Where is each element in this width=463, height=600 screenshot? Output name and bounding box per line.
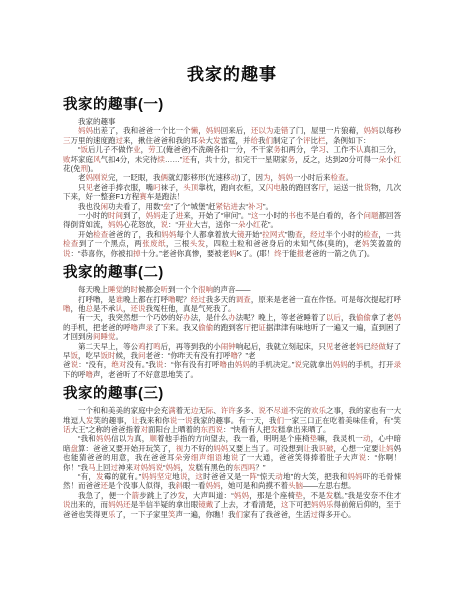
red-text: 录	[146, 323, 154, 332]
red-text: 认	[356, 145, 364, 154]
red-text: 习	[318, 145, 326, 154]
paragraph: 爸说：“没有，绝对没有。”我说：“你有没有打呼噜由妈妈的手机决定。”说完就拿出妈…	[63, 360, 401, 379]
red-text: 妈妈	[206, 481, 221, 490]
red-text: 噜	[86, 370, 94, 379]
red-text: 际	[206, 406, 214, 415]
red-text: 细声细语	[191, 453, 223, 462]
red-text: 间睡觉	[93, 332, 116, 341]
red-text: 见	[86, 183, 94, 192]
red-text: 报	[297, 249, 305, 258]
red-text: 东西说	[201, 425, 224, 434]
paragraph: 开始检查爸爸的了，我和妈妈每个人都拿着放大镜开始“拉网式”勘查，经过半个小时的检…	[63, 230, 401, 258]
section-heading: 我家的趣事(二)	[63, 261, 401, 282]
red-text: 笑	[168, 510, 176, 519]
red-text: 这	[251, 211, 259, 220]
red-text: 妈妈	[364, 126, 379, 135]
red-text: 闪电	[266, 183, 281, 192]
red-text: 镜戴	[198, 500, 213, 509]
red-text: 终	[274, 249, 282, 258]
red-text: 朵	[379, 155, 387, 164]
red-text: 问	[138, 351, 146, 360]
red-text: 动	[275, 472, 283, 481]
red-text: 错	[281, 126, 289, 135]
red-text: 检查	[331, 173, 346, 182]
red-text: 过	[116, 136, 124, 145]
section-heading: 我家的趣事(三)	[63, 382, 401, 403]
red-text: 们	[277, 416, 285, 425]
red-text: 败	[63, 155, 71, 164]
red-text: 经过	[191, 295, 206, 304]
red-text: 说	[71, 360, 79, 369]
red-text: 发	[178, 491, 186, 500]
red-text: 镜	[237, 230, 245, 239]
red-text: 对	[141, 425, 149, 434]
red-text: 噜	[231, 351, 239, 360]
red-text: 问题	[364, 211, 379, 220]
red-text: 对妈妈说	[133, 463, 163, 472]
red-text: 懒	[191, 126, 199, 135]
red-text: 噜	[131, 323, 139, 332]
red-text: 经过	[310, 230, 325, 239]
red-text: 这	[281, 500, 289, 509]
red-text: 斜	[176, 481, 184, 490]
red-text: 红	[394, 155, 402, 164]
red-text: 妈妈	[347, 472, 362, 481]
red-text: 让妈	[379, 444, 394, 453]
red-text: 头顶	[183, 183, 198, 192]
red-text: 检查	[63, 239, 79, 248]
red-text: 满	[168, 406, 176, 415]
red-text: 发	[96, 472, 104, 481]
red-text: 评	[303, 136, 311, 145]
red-text: 妈妈	[213, 444, 228, 453]
red-text: 检查	[93, 230, 108, 239]
red-text: 发	[213, 136, 221, 145]
paragraph: 我急了，便一个箭步跳上了沙发，大声叫道：“妈妈，那是个座椅垫，不是发糕。”我是安…	[63, 491, 401, 519]
section-subtitle: 我家的趣事	[63, 117, 401, 126]
red-text: 马	[88, 463, 96, 472]
red-text: 还以为	[251, 126, 274, 135]
red-text: 乐	[108, 510, 116, 519]
red-text: 话	[63, 425, 71, 434]
red-text: 东西吗	[233, 463, 256, 472]
red-text: 调查	[236, 295, 251, 304]
red-text: 检查	[363, 230, 378, 239]
red-text: 妈妈	[206, 126, 221, 135]
red-text: 这	[195, 472, 203, 481]
red-text: 识破	[318, 444, 333, 453]
red-text: 还说	[131, 304, 146, 313]
paragraph: “有，发霉的就有。”妈妈坚定地说，这时爸爸又是一阵“惊天动地”的大笑，把我和妈妈…	[63, 472, 401, 491]
document-page: 我家的趣事 我家的趣事(一)我家的趣事妈妈出差了，我和爸爸一个比一个懒，妈妈回来…	[0, 0, 463, 600]
paragraph: “饭后儿子不做作业，劳工(俺爸爸)不洗碗各扣一分，不干家务扣两分，学习、工作不认…	[63, 145, 401, 173]
red-text: 鸡	[138, 342, 146, 351]
red-text: 噜	[219, 360, 227, 369]
red-text: 视	[176, 444, 184, 453]
paragraph: 妈妈出差了，我和爸爸一个比一个懒，妈妈回来后，还以为走错了门，屋里一片狼藉，妈妈…	[63, 126, 401, 145]
red-text: 许许	[221, 406, 236, 415]
red-text: 总	[86, 304, 94, 313]
red-text: 绝对	[111, 360, 126, 369]
red-text: 动	[363, 434, 371, 443]
red-text: 说	[156, 360, 164, 369]
paragraph: 只见老爸手捧衣服，嘴叼袜子，头顶靠枕，跑向衣柜，又闪电般的跑回客厅，运送一批货物…	[63, 183, 401, 202]
red-text: 饭	[71, 351, 79, 360]
red-text: 顺	[149, 434, 157, 443]
red-text: 书	[288, 211, 296, 220]
red-text: 偷偷	[356, 313, 371, 322]
red-text: 很响	[198, 285, 213, 294]
section-heading: 我家的趣事(一)	[63, 93, 401, 114]
red-text: 垫	[310, 434, 318, 443]
paragraph: 一个和和美美的家庭中会充满着无边无际、许许多多、说不尽道不完的欢乐之事，我的家也…	[63, 406, 401, 434]
red-text: 说	[294, 360, 302, 369]
red-text: 妈妈	[146, 211, 161, 220]
red-text: 说	[161, 220, 169, 229]
red-text: 发	[271, 425, 279, 434]
paragraph: 每天晚上睡觉的时候都会听到一个个很响的声音——	[63, 285, 401, 294]
red-text: 张废纸	[142, 239, 166, 248]
red-text: 还	[101, 481, 109, 490]
red-text: 业	[186, 220, 194, 229]
red-text: 查	[295, 230, 303, 239]
red-text: 厅	[318, 183, 326, 192]
paragraph: 老妈刚说完，一眨眼，我俩就幻影移形(光速移动)了，因为，妈妈一小时后来检查。	[63, 173, 401, 182]
red-text: 过	[111, 463, 119, 472]
red-text: 饭	[81, 145, 89, 154]
red-text: 妈妈	[96, 434, 111, 443]
red-text: 妈刚说	[86, 173, 109, 182]
paragraph: 第二天早上，等公鸡打鸣后，再等到我的小闹钟响起后，我就立刻起床，只见老爸老妈已经…	[63, 342, 401, 361]
red-text: 证	[258, 323, 266, 332]
red-text: 妈	[356, 342, 364, 351]
red-text: 以后	[326, 313, 341, 322]
red-text: 箭	[132, 491, 140, 500]
paragraph: 一小时的时间到了，妈妈走了进来，开始了“审问”。“这一小时的书也不是白看的，各个…	[63, 211, 401, 230]
red-text: 妈妈	[161, 230, 176, 239]
red-text: 妈妈还	[108, 500, 131, 509]
red-text: 妈	[362, 239, 370, 248]
red-text: 厅	[243, 323, 251, 332]
red-text: 们	[236, 510, 244, 519]
red-text: 时间	[108, 211, 123, 220]
red-text: 睡觉	[108, 285, 123, 294]
red-text: 阵	[249, 472, 257, 481]
red-text: 给	[251, 136, 259, 145]
red-text: 说	[258, 406, 266, 415]
red-text: 说	[170, 416, 178, 425]
red-text: 续	[157, 155, 165, 164]
red-text: 妈妈	[78, 126, 93, 135]
red-text: 尽道	[273, 406, 288, 415]
red-text: 妈妈	[333, 360, 348, 369]
red-text: 赛	[139, 192, 147, 201]
red-text: 妈妈	[278, 173, 293, 182]
red-text: 头发	[190, 239, 206, 248]
red-text: 妈	[229, 249, 237, 258]
red-text: 叼	[153, 183, 161, 192]
red-text: 欢乐	[311, 406, 326, 415]
red-text: 经做	[371, 342, 386, 351]
red-text: 紧钻进	[216, 202, 239, 211]
red-text: 偷偷	[198, 323, 213, 332]
red-text: 头脑	[288, 481, 303, 490]
red-text: 发	[188, 463, 196, 472]
red-text: 妈妈坚定	[141, 472, 172, 481]
red-text: 让	[132, 416, 140, 425]
red-text: 垒	[163, 202, 171, 211]
red-text: 朵	[238, 220, 246, 229]
red-text: 补习	[248, 202, 263, 211]
red-text: 务	[288, 155, 296, 164]
red-text: 录	[394, 360, 402, 369]
red-text: 朵	[175, 453, 183, 462]
red-text: 说	[359, 453, 367, 462]
red-text: 妈妈	[234, 491, 249, 500]
red-text: 说	[63, 249, 71, 258]
red-text: 闹钟	[221, 342, 236, 351]
red-text: 为	[263, 173, 271, 182]
red-text: 进	[176, 211, 184, 220]
red-text: 劳	[148, 145, 156, 154]
paragraph: 我也没闲功夫看了，用数“垒”了个“城堡”赶紧钻进去“补习”。	[63, 202, 401, 211]
paragraph: 有一天，我突然想一个巧妙的好办法，是什么办法呢？晚上，等老爸睡着了以后，我偷偷拿…	[63, 313, 401, 341]
red-text: 俩	[161, 173, 169, 182]
red-text: 务	[273, 145, 281, 154]
paragraph: 打呼噜，是谁晚上都在打呼噜呢？经过我多天的调查，原来是老爸一直在作怪。可是每次提…	[63, 295, 401, 314]
red-text: 办	[183, 313, 191, 322]
red-text: 饭时	[101, 351, 116, 360]
red-text: 认	[116, 304, 124, 313]
red-text: 红	[253, 220, 261, 229]
red-text: 业	[133, 145, 141, 154]
document-body: 我家的趣事(一)我家的趣事妈妈出差了，我和爸爸一个比一个懒，妈妈回来后，还以为走…	[63, 93, 401, 519]
red-text: 让	[303, 444, 311, 453]
red-text: 说	[63, 500, 71, 509]
red-text: 谁	[116, 295, 124, 304]
red-text: 说	[185, 416, 193, 425]
red-text: 办	[228, 313, 236, 322]
paragraph: “我和妈妈信以为真，顺着他手指的方向望去，我一看，明明是个座椅垫嘛，我灵机一动，…	[63, 434, 401, 472]
page: { "document": { "title": "我家的趣事", "secti…	[0, 0, 463, 600]
red-text: 刑	[81, 164, 89, 173]
red-text: 鸣	[153, 342, 161, 351]
red-text: 掉	[133, 249, 141, 258]
red-text: 边	[191, 406, 199, 415]
red-text: 们	[266, 136, 274, 145]
red-text: 拉网式	[262, 230, 285, 239]
red-text: 为	[126, 434, 134, 443]
red-text: 货	[364, 183, 372, 192]
red-text: 时	[131, 285, 139, 294]
red-text: 妈妈	[235, 360, 250, 369]
red-text: 还	[182, 155, 190, 164]
red-text: 动	[231, 173, 239, 182]
red-text: 妈妈	[108, 220, 123, 229]
red-text: 朵	[198, 136, 206, 145]
red-text: 说	[231, 453, 239, 462]
red-text: 发	[86, 416, 94, 425]
red-text: 妈	[394, 313, 402, 322]
red-text: 发	[326, 491, 334, 500]
red-text: 过	[311, 510, 319, 519]
red-text: 垫	[295, 491, 303, 500]
red-text: 噜	[63, 304, 71, 313]
red-text: 盘	[71, 444, 79, 453]
red-text: 闲	[101, 202, 109, 211]
red-text: 噜	[168, 295, 176, 304]
red-text: 见	[326, 342, 334, 351]
red-text: 三	[63, 136, 71, 145]
red-text: 妈妈乐	[311, 500, 334, 509]
page-title: 我家的趣事	[63, 60, 401, 85]
red-text: 风	[93, 155, 101, 164]
red-text: 说	[180, 472, 188, 481]
red-text: 妈妈	[166, 463, 181, 472]
red-text: 栏	[318, 136, 326, 145]
red-text: 听	[161, 285, 169, 294]
